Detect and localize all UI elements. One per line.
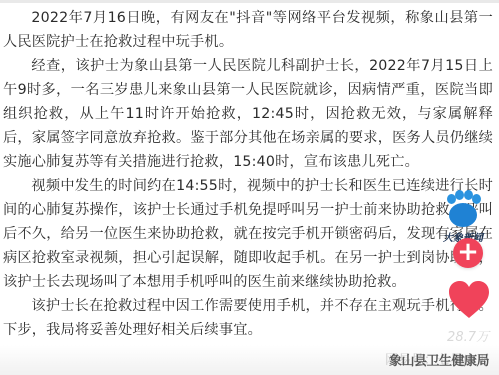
daxiang-news-logo[interactable]: 大象新闻 [437,190,489,244]
paragraph-1: 2022年7月16日晚，有网友在"抖音"等网络平台发视频，称象山县第一人民医院护… [3,6,493,54]
like-button[interactable] [447,278,491,322]
article-body: 2022年7月16日晚，有网友在"抖音"等网络平台发视频，称象山县第一人民医院护… [3,6,493,342]
watermark: 网易号：七星山下 象山县卫生健康局 [329,349,489,367]
paragraph-3: 视频中发生的时间约在14:55时，视频中的护士长和医生已连续进行长时间的心肺复苏… [3,174,493,294]
heart-icon [447,278,491,322]
watermark-source: 象山县卫生健康局 [389,350,489,369]
plus-icon: + [457,237,479,267]
follow-plus-button[interactable]: + [453,238,483,268]
paragraph-4: 该护士长在抢救过程中因工作需要使用手机，并不存在主观玩手机行为。下步，我局将妥善… [3,294,493,342]
paw-logo-icon [444,190,482,228]
like-count: 28.7万 [447,326,489,345]
paragraph-2: 经查，该护士为象山县第一人民医院儿科副护士长，2022年7月15日上午9时多，一… [3,54,493,174]
top-divider [0,0,499,3]
